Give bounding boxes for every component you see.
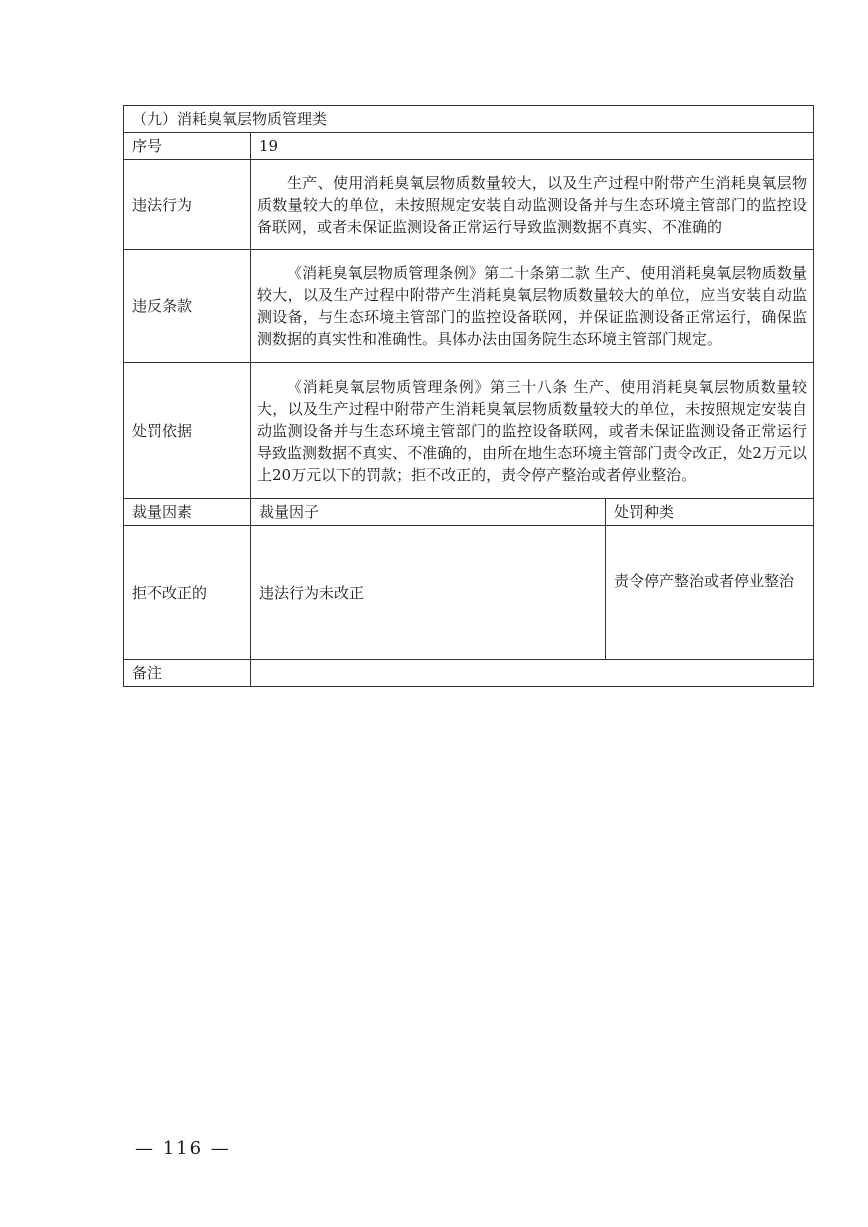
discretion-detail: 违法行为未改正: [251, 526, 606, 660]
section-title: （九）消耗臭氧层物质管理类: [124, 106, 814, 133]
page-number: — 116 —: [135, 1138, 231, 1159]
penalty-basis-value: 《消耗臭氧层物质管理条例》第三十八条 生产、使用消耗臭氧层物质数量较大，以及生产…: [251, 363, 814, 499]
violation-label: 违法行为: [124, 160, 251, 250]
discretion-detail-header: 裁量因子: [251, 499, 606, 526]
violated-clause-value: 《消耗臭氧层物质管理条例》第二十条第二款 生产、使用消耗臭氧层物质数量较大，以及…: [251, 250, 814, 363]
discretion-factor-header: 裁量因素: [124, 499, 251, 526]
serial-value: 19: [251, 133, 814, 160]
penalty-table: （九）消耗臭氧层物质管理类 序号 19 违法行为 生产、使用消耗臭氧层物质数量较…: [123, 105, 814, 687]
violated-clause-label: 违反条款: [124, 250, 251, 363]
remarks-value: [251, 660, 814, 687]
penalty-type-header: 处罚种类: [606, 499, 814, 526]
serial-label: 序号: [124, 133, 251, 160]
penalty-type: 责令停产整治或者停业整治: [606, 526, 814, 660]
discretion-factor: 拒不改正的: [124, 526, 251, 660]
penalty-basis-label: 处罚依据: [124, 363, 251, 499]
remarks-label: 备注: [124, 660, 251, 687]
violation-value: 生产、使用消耗臭氧层物质数量较大，以及生产过程中附带产生消耗臭氧层物质数量较大的…: [251, 160, 814, 250]
